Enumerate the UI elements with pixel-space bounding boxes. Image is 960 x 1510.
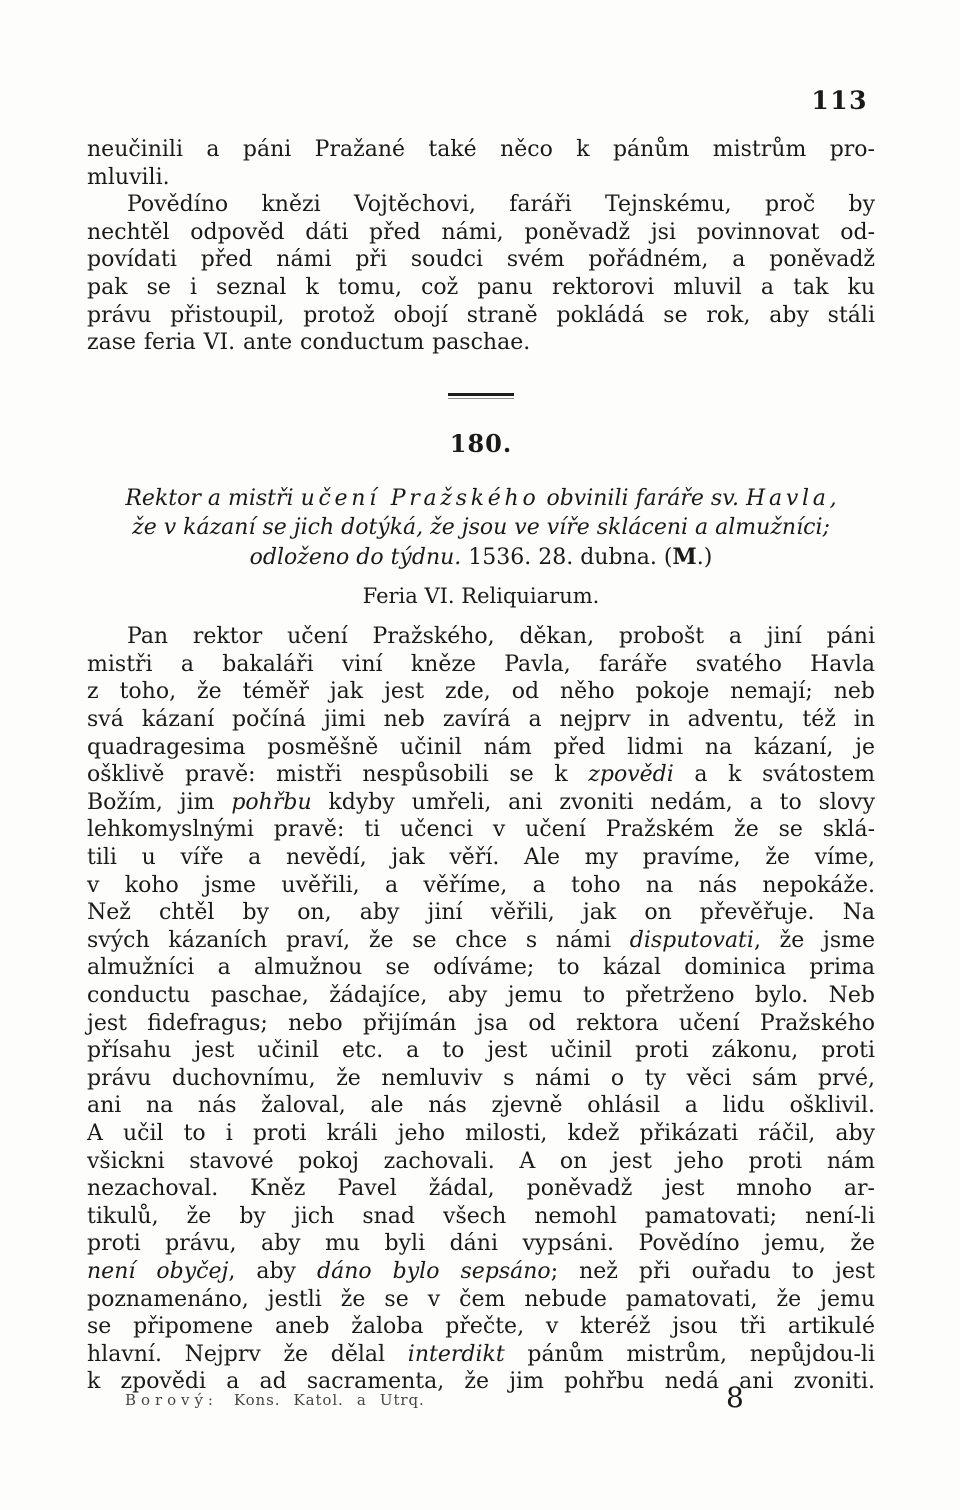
record-subheading: Feria VI. Reliquiarum. xyxy=(87,583,875,609)
book-page: 113 neučinili a páni Pražané také něco k… xyxy=(0,0,960,1510)
text-line: tili u víře a nevědí, jak věří. Ale my p… xyxy=(87,844,875,872)
text-line: svých kázaních praví, že se chce s námi … xyxy=(87,927,875,955)
text-line: Než chtěl by on, aby jiní věřili, jak on… xyxy=(87,899,875,927)
page-signature: 8 xyxy=(726,1381,744,1414)
text-line: conductu paschae, žádajíce, aby jemu to … xyxy=(87,982,875,1010)
text-line: hlavní. Nejprv že dělal interdikt pánům … xyxy=(87,1341,875,1369)
text-line: A učil to i proti králi jeho milosti, kd… xyxy=(87,1120,875,1148)
record-body: Pan rektor učení Pražského, děkan, probo… xyxy=(87,623,875,1396)
text-line: ošklivě pravě: mistři nespůsobili se k z… xyxy=(87,761,875,789)
footer-citation: Borový:Kons. Katol. a Utrq. xyxy=(125,1391,425,1409)
text-line: proti právu, aby mu byli dáni vypsáni. P… xyxy=(87,1230,875,1258)
text-line: jest fidefragus; nebo přijímán jsa od re… xyxy=(87,1010,875,1038)
footer-author: Borový: xyxy=(125,1391,218,1409)
text-line: mistři a bakaláři viní kněze Pavla, fará… xyxy=(87,651,875,679)
text-line: ani na nás žaloval, ale nás zjevně ohlás… xyxy=(87,1092,875,1120)
paragraph-povedino: Povědíno knězi Vojtěchovi, faráři Tejnsk… xyxy=(87,191,875,357)
text-line: quadragesima posměšně učinil nám před li… xyxy=(87,734,875,762)
text-line: nechtěl odpověd dáti před námi, poněvadž… xyxy=(87,219,875,247)
text-line: tikulů, že by jich snad všech nemohl pam… xyxy=(87,1203,875,1231)
paragraph-continuation: neučinili a páni Pražané také něco k pán… xyxy=(87,136,875,191)
text-line: Božím, jim pohřbu kdyby umřeli, ani zvon… xyxy=(87,789,875,817)
text-line: zase feria VI. ante conductum paschae. xyxy=(87,329,875,357)
text-line: Povědíno knězi Vojtěchovi, faráři Tejnsk… xyxy=(87,191,875,219)
heading-line: odloženo do týdnu. 1536. 28. dubna. (M.) xyxy=(87,543,875,573)
text-line: není obyčej, aby dáno bylo sepsáno; než … xyxy=(87,1258,875,1286)
text-line: almužníci a almužnou se odíváme; to káza… xyxy=(87,954,875,982)
text-line: neučinili a páni Pražané také něco k pán… xyxy=(87,136,875,164)
text-line: Pan rektor učení Pražského, děkan, probo… xyxy=(87,623,875,651)
text-line: nezachoval. Kněz Pavel žádal, poněvadž j… xyxy=(87,1175,875,1203)
section-number: 180. xyxy=(87,429,875,458)
text-line: svá kázaní počíná jimi neb zavírá a nejp… xyxy=(87,706,875,734)
heading-line: že v kázaní se jich dotýká, že jsou ve v… xyxy=(87,513,875,543)
text-line: se připomene aneb žaloba přečte, v které… xyxy=(87,1313,875,1341)
text-line: v koho jsme uvěřili, a věříme, a toho na… xyxy=(87,872,875,900)
divider-line-thin xyxy=(448,398,514,399)
record-summary: Rektor a mistři učení Pražského obvinili… xyxy=(87,484,875,573)
page-number: 113 xyxy=(811,86,868,115)
text-line: právu duchovnímu, že nemluviv s námi o t… xyxy=(87,1065,875,1093)
divider-line-thick xyxy=(448,393,514,396)
text-line: mluvili. xyxy=(87,164,875,192)
footer-work-title: Kons. Katol. a Utrq. xyxy=(234,1391,425,1409)
text-line: lehkomyslnými pravě: ti učenci v učení P… xyxy=(87,816,875,844)
section-divider xyxy=(448,393,514,399)
page-content: neučinili a páni Pražané také něco k pán… xyxy=(87,136,875,1396)
text-line: všickni stavové pokoj zachovali. A on je… xyxy=(87,1148,875,1176)
text-line: právu přistoupil, protož obojí straně po… xyxy=(87,302,875,330)
text-line: povídati před námi při soudci svém pořád… xyxy=(87,246,875,274)
text-line: pak se i seznal k tomu, což panu rektoro… xyxy=(87,274,875,302)
text-line: poznamenáno, jestli že se v čem nebude p… xyxy=(87,1286,875,1314)
heading-line: Rektor a mistři učení Pražského obvinili… xyxy=(87,484,875,514)
text-line: přísahu jest učinil etc. a to jest učini… xyxy=(87,1037,875,1065)
text-line: z toho, že téměř jak jest zde, od něho p… xyxy=(87,678,875,706)
